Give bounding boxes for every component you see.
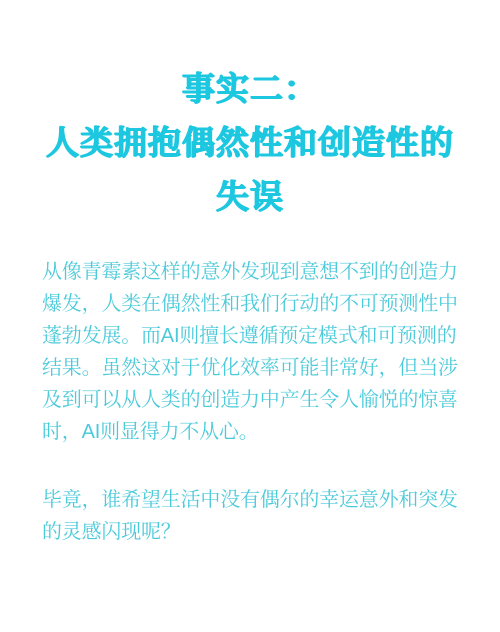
paragraph-1-line: 蓬勃发展。而AI则擅长遵循预定模式和可预测的 <box>42 320 464 352</box>
paragraph-1-line: 从像青霉素这样的意外发现到意想不到的创造力 <box>42 256 464 288</box>
card-body: 从像青霉素这样的意外发现到意想不到的创造力 爆发，人类在偶然性和我们行动的不可预… <box>0 256 500 548</box>
paragraph-1: 从像青霉素这样的意外发现到意想不到的创造力 爆发，人类在偶然性和我们行动的不可预… <box>42 256 464 448</box>
paragraph-1-line: 及到可以从人类的创造力中产生令人愉悦的惊喜 <box>42 384 464 416</box>
paragraph-1-line: 时，AI则显得力不从心。 <box>42 416 464 448</box>
title-line-1: 事实二： <box>0 62 500 116</box>
paragraph-1-line: 结果。虽然这对于优化效率可能非常好，但当涉 <box>42 352 464 384</box>
paragraph-2: 毕竟，谁希望生活中没有偶尔的幸运意外和突发 的灵感闪现呢？ <box>42 484 464 548</box>
card-title: 事实二： 人类拥抱偶然性和创造性的 失误 <box>0 62 500 224</box>
paragraph-2-line: 的灵感闪现呢？ <box>42 516 464 548</box>
title-line-3: 失误 <box>0 170 500 224</box>
paragraph-2-line: 毕竟，谁希望生活中没有偶尔的幸运意外和突发 <box>42 484 464 516</box>
knowledge-card: 事实二： 人类拥抱偶然性和创造性的 失误 从像青霉素这样的意外发现到意想不到的创… <box>0 0 500 632</box>
paragraph-1-line: 爆发，人类在偶然性和我们行动的不可预测性中 <box>42 288 464 320</box>
title-line-2: 人类拥抱偶然性和创造性的 <box>0 116 500 170</box>
